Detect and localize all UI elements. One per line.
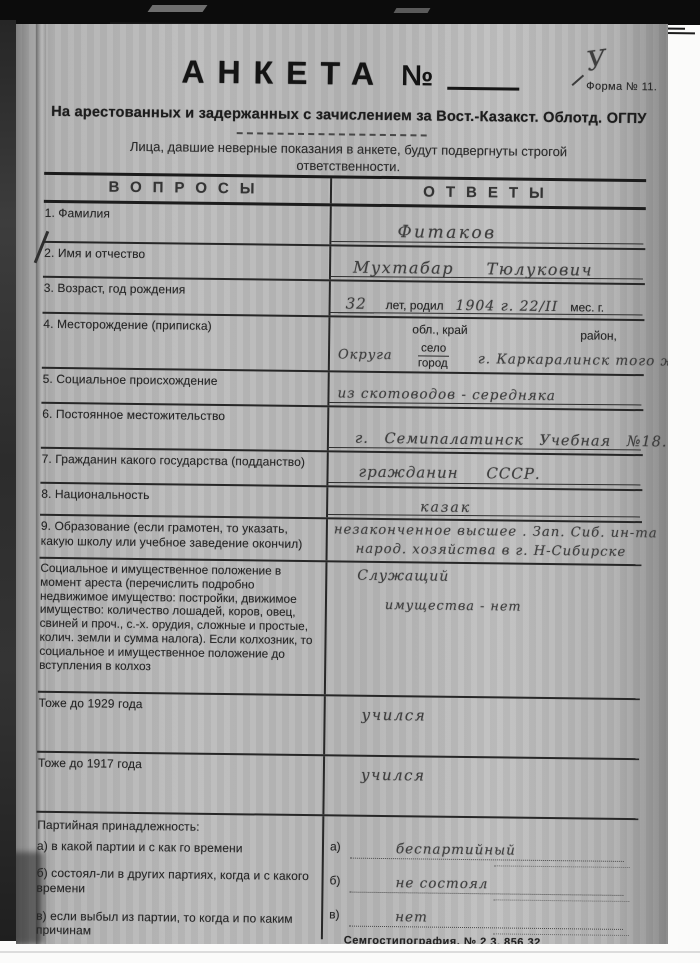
answer-rule-line (329, 402, 641, 405)
answer-cell: из скотоводов - середняка (329, 372, 643, 409)
handwritten-before-1917: учился (361, 766, 639, 787)
answer-cell: а) беспартийный б) не состоял в) (323, 816, 638, 943)
question-residence: 6. Постоянное местожительство (41, 404, 330, 451)
questionnaire-table: ВОПРОСЫ ОТВЕТЫ 1. Фамилия Фитаков 2. Имя… (35, 172, 646, 943)
answer-cell: казак (328, 487, 642, 521)
printed-gorod-label: город (418, 356, 449, 370)
table-row-education: 9. Образование (если грамотен, то указат… (39, 516, 641, 566)
printed-month-label: мес. г. (570, 300, 604, 314)
handwritten-nationality: казак (420, 499, 471, 516)
handwritten-property: имущества - нет (385, 598, 641, 616)
subtitle-dotted-line (237, 132, 427, 136)
answer-cell: незаконченное высшее . Зап. Сиб. ин-та н… (327, 519, 657, 564)
party-question-c: в) если выбыл из партии, то когда и по к… (36, 908, 315, 939)
answer-cell: 32 лет, родил 1904 г. 22/II мес. г. (330, 281, 644, 319)
question-surname: 1. Фамилия (43, 203, 331, 245)
handwritten-occupation: Служащий (357, 568, 641, 587)
party-answer-a: а) беспартийный (324, 832, 638, 870)
handwritten-birth-city: г. Каркаралинск того же (478, 351, 668, 370)
answer-rule-line (331, 241, 643, 244)
handwritten-age: 32 (339, 294, 374, 313)
handwritten-okrug: Округа (338, 347, 393, 363)
answer-cell: учился (324, 756, 639, 818)
table-row-before-1929: Тоже до 1929 года учился (37, 693, 640, 760)
scan-top-edge (0, 0, 700, 25)
form-number: Форма № 11. (586, 80, 657, 93)
answer-rule-line (328, 482, 640, 485)
question-age: 3. Возраст, год рождения (43, 278, 331, 316)
handwritten-before-1929: учился (361, 706, 639, 727)
question-nationality: 8. Национальность (40, 484, 328, 518)
table-row-before-1917: Тоже до 1917 года учился (36, 753, 639, 820)
printed-age-label: лет, родил (386, 298, 444, 313)
dotted-answer-line (349, 926, 623, 930)
answers-column-header: ОТВЕТЫ (332, 178, 646, 207)
handwritten-checkmark: У (585, 44, 609, 77)
form-content: У Форма № 11. АНКЕТА № На арестованных и… (19, 26, 668, 944)
scan-edge-highlight (394, 8, 431, 13)
handwritten-party-a: беспартийный (396, 841, 516, 858)
party-question-b: б) состоял-ли в других партиях, когда и … (36, 866, 315, 899)
table-row-property-status: Социальное и имущественное положение в м… (38, 559, 642, 700)
party-title: Партийная принадлежность: (37, 818, 316, 836)
handwritten-party-b: не состоял (395, 875, 488, 892)
scanned-document: У Форма № 11. АНКЕТА № На арестованных и… (0, 0, 700, 963)
answer-cell: г. Семипалатинск Учебная №18. (329, 407, 644, 454)
party-answer-b: б) не состоял (323, 866, 637, 904)
table-row-birthplace: 4. Месторождение (приписка) обл., край р… (42, 314, 645, 376)
handwritten-surname: Фитаков (397, 222, 496, 243)
title-word: АНКЕТА (181, 53, 387, 93)
question-citizenship: 7. Гражданин какого государства (подданс… (40, 449, 328, 486)
selo-gorod-fraction: село город (418, 342, 450, 370)
answer-cell: Фитаков (331, 206, 645, 248)
party-answer-c: в) нет (323, 900, 637, 938)
page-title: АНКЕТА № (181, 53, 519, 94)
title-blank-line (447, 83, 519, 91)
party-answer-label-b: б) (329, 873, 340, 887)
question-education: 9. Образование (если грамотен, то указат… (40, 516, 328, 561)
question-birthplace: 4. Месторождение (приписка) (42, 314, 331, 371)
answer-rule-line (328, 514, 640, 517)
handwritten-education-line1: незаконченное высшее . Зап. Сиб. ин-та (334, 522, 658, 541)
paper-sheet: У Форма № 11. АНКЕТА № На арестованных и… (16, 24, 668, 944)
printed-oblast-label: обл., край (412, 322, 467, 337)
printed-selo-label: село (418, 342, 449, 357)
title-number-sign: № (401, 60, 434, 93)
handwritten-checkmark-tail (572, 75, 585, 87)
handwritten-social-origin: из скотоводов - середняка (337, 385, 556, 404)
printed-raion-label: район, (580, 328, 617, 342)
table-row-party-affiliation: Партийная принадлежность: а) в какой пар… (35, 813, 638, 943)
form-subtitle: На арестованных и задержанных с зачислен… (31, 104, 667, 128)
scan-bottom-line (0, 951, 700, 953)
question-before-1917: Тоже до 1917 года (36, 753, 325, 815)
answer-rule-line (331, 276, 643, 279)
question-before-1929: Тоже до 1929 года (37, 693, 326, 755)
answer-cell: гражданин СССР. (328, 452, 642, 489)
question-party-affiliation: Партийная принадлежность: а) в какой пар… (35, 813, 324, 940)
handwritten-citizenship: гражданин СССР. (358, 463, 540, 483)
answer-cell: Служащий имущества - нет (326, 562, 642, 698)
question-name: 2. Имя и отчество (43, 243, 331, 280)
dotted-answer-line (494, 865, 630, 868)
questions-column-header: ВОПРОСЫ (44, 175, 332, 204)
scan-edge-highlight (148, 5, 208, 12)
party-answer-label-c: в) (329, 907, 340, 921)
answer-cell: Мухтабар Тюлукович (331, 246, 645, 283)
answer-cell: учился (325, 696, 640, 758)
question-property-status: Социальное и имущественное положение в м… (38, 559, 328, 695)
question-social-origin: 5. Социальное происхождение (41, 369, 329, 406)
answer-cell: обл., край район, Округа село город г. К… (330, 317, 645, 374)
education-answer: незаконченное высшее . Зап. Сиб. ин-та н… (328, 519, 658, 560)
print-shop-imprint: Семгостипография. № 2 3. 856 32 (344, 935, 541, 944)
party-answer-label-a: а) (330, 839, 341, 853)
handwritten-education-line2: народ. хозяйства в г. Н-Сибирске (356, 542, 658, 561)
party-question-a: а) в какой партии и с как го времени (37, 838, 316, 856)
table-row-residence: 6. Постоянное местожительство г. Семипал… (41, 404, 644, 456)
scan-left-edge (0, 20, 16, 941)
handwritten-party-c: нет (395, 909, 428, 925)
